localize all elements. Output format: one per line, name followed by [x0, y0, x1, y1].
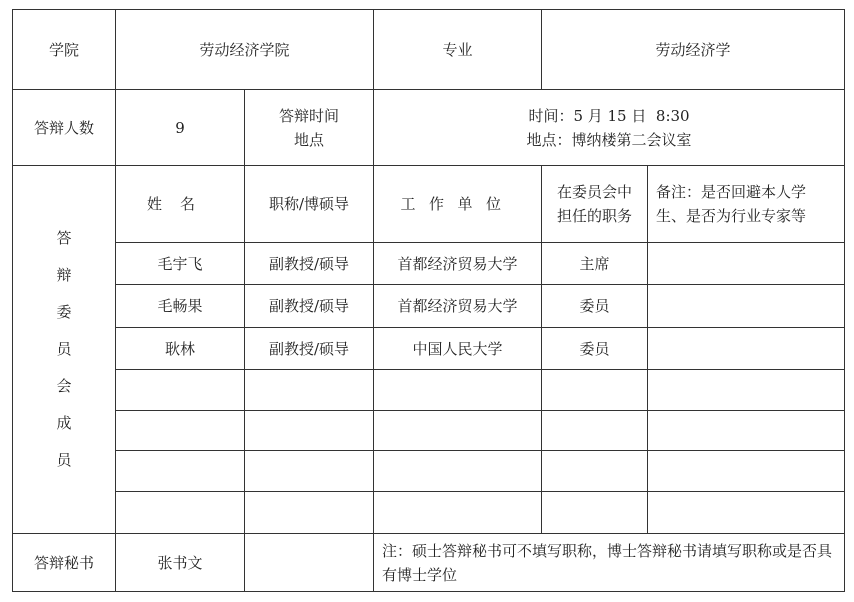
header-role-line1: 在委员会中	[546, 180, 643, 204]
member-unit	[374, 492, 542, 534]
member-note	[648, 370, 845, 411]
member-role: 委员	[542, 328, 648, 370]
member-name	[116, 492, 245, 534]
header-role: 在委员会中 担任的职务	[542, 166, 648, 243]
secretary-note: 注：硕士答辩秘书可不填写职称，博士答辩秘书请填写职称或是否具有博士学位	[374, 534, 845, 592]
section-char: 员	[17, 442, 111, 479]
major-value: 劳动经济学	[542, 10, 845, 90]
member-role	[542, 370, 648, 411]
time-place-label-line1: 答辩时间	[249, 104, 369, 128]
member-title: 副教授/硕导	[245, 328, 374, 370]
section-char: 成	[17, 405, 111, 442]
member-note	[648, 411, 845, 451]
header-title: 职称/博硕导	[245, 166, 374, 243]
time-place-label-line2: 地点	[249, 128, 369, 152]
member-name: 毛畅果	[116, 285, 245, 328]
place-value: 地点：博纳楼第二会议室	[378, 128, 840, 152]
member-title: 副教授/硕导	[245, 285, 374, 328]
time-value: 时间：5 月 15 日 8:30	[378, 104, 840, 128]
section-char: 员	[17, 331, 111, 368]
header-role-line2: 担任的职务	[546, 204, 643, 228]
member-role: 委员	[542, 285, 648, 328]
member-role	[542, 451, 648, 492]
committee-header-row: 答 辩 委 员 会 成 员 姓名 职称/博硕导 工作单位 在委员会中 担任的职务…	[13, 166, 845, 243]
defense-committee-form: 学院 劳动经济学院 专业 劳动经济学 答辩人数 9 答辩时间 地点 时间：5 月…	[12, 9, 845, 592]
member-role: 主席	[542, 243, 648, 285]
member-row: 毛畅果 副教授/硕导 首都经济贸易大学 委员	[13, 285, 845, 328]
member-note	[648, 285, 845, 328]
member-unit	[374, 370, 542, 411]
member-name	[116, 411, 245, 451]
member-title: 副教授/硕导	[245, 243, 374, 285]
defense-count-label: 答辩人数	[13, 90, 116, 166]
defense-count-value: 9	[116, 90, 245, 166]
member-note	[648, 328, 845, 370]
member-name	[116, 370, 245, 411]
secretary-label: 答辩秘书	[13, 534, 116, 592]
section-char: 辩	[17, 257, 111, 294]
committee-section-label: 答 辩 委 员 会 成 员	[13, 166, 116, 534]
college-value: 劳动经济学院	[116, 10, 374, 90]
member-row	[13, 492, 845, 534]
member-unit	[374, 411, 542, 451]
member-title	[245, 492, 374, 534]
section-char: 答	[17, 220, 111, 257]
member-row: 耿林 副教授/硕导 中国人民大学 委员	[13, 328, 845, 370]
member-unit: 首都经济贸易大学	[374, 243, 542, 285]
header-note: 备注：是否回避本人学 生、是否为行业专家等	[648, 166, 845, 243]
time-place-value: 时间：5 月 15 日 8:30 地点：博纳楼第二会议室	[374, 90, 845, 166]
header-name: 姓名	[116, 166, 245, 243]
member-unit: 中国人民大学	[374, 328, 542, 370]
section-char: 会	[17, 368, 111, 405]
member-row	[13, 411, 845, 451]
member-title	[245, 451, 374, 492]
college-label: 学院	[13, 10, 116, 90]
college-major-row: 学院 劳动经济学院 专业 劳动经济学	[13, 10, 845, 90]
secretary-name: 张书文	[116, 534, 245, 592]
member-row	[13, 451, 845, 492]
count-time-row: 答辩人数 9 答辩时间 地点 时间：5 月 15 日 8:30 地点：博纳楼第二…	[13, 90, 845, 166]
section-char: 委	[17, 294, 111, 331]
member-name	[116, 451, 245, 492]
header-note-line1: 备注：是否回避本人学	[656, 180, 840, 204]
header-note-line2: 生、是否为行业专家等	[656, 204, 840, 228]
member-note	[648, 451, 845, 492]
member-title	[245, 411, 374, 451]
member-note	[648, 492, 845, 534]
member-title	[245, 370, 374, 411]
member-note	[648, 243, 845, 285]
member-unit: 首都经济贸易大学	[374, 285, 542, 328]
member-name: 耿林	[116, 328, 245, 370]
member-role	[542, 411, 648, 451]
member-name: 毛宇飞	[116, 243, 245, 285]
member-row: 毛宇飞 副教授/硕导 首都经济贸易大学 主席	[13, 243, 845, 285]
member-row	[13, 370, 845, 411]
header-unit: 工作单位	[374, 166, 542, 243]
time-place-label: 答辩时间 地点	[245, 90, 374, 166]
member-unit	[374, 451, 542, 492]
secretary-title	[245, 534, 374, 592]
major-label: 专业	[374, 10, 542, 90]
member-role	[542, 492, 648, 534]
secretary-row: 答辩秘书 张书文 注：硕士答辩秘书可不填写职称，博士答辩秘书请填写职称或是否具有…	[13, 534, 845, 592]
